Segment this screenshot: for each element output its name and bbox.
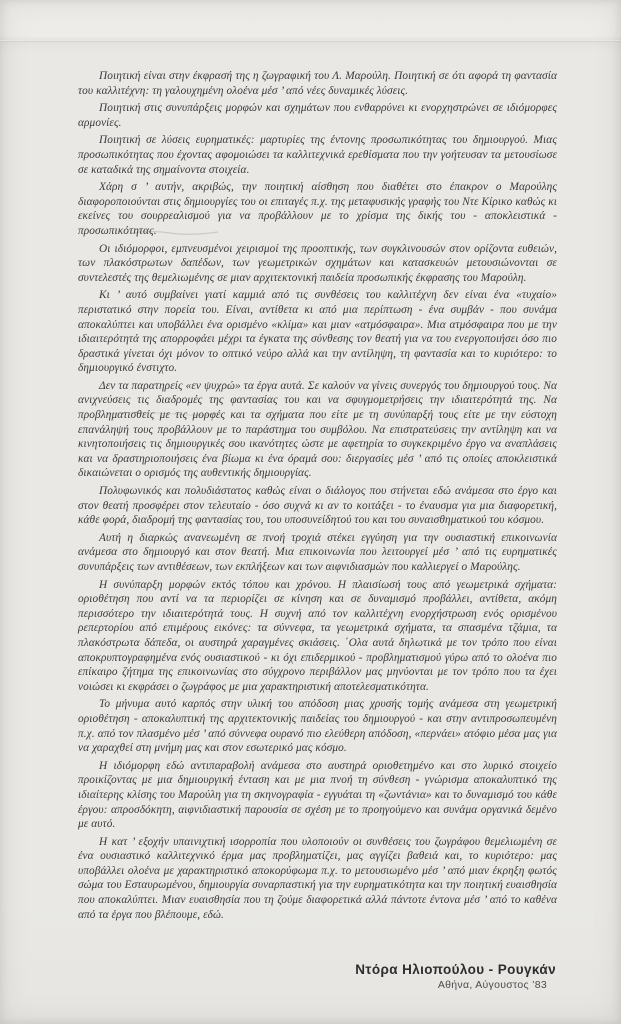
paragraph: Η συνύπαρξη μορφών εκτός τόπου και χρόνο… [78,578,557,695]
author-name: Ντόρα Ηλιοπούλου - Ρουγκάν [355,962,556,977]
paragraph: Αυτή η διαρκώς ανανεωμένη σε πνοή τροχιά… [78,531,557,575]
place-and-date: Αθήνα, Αύγουστος ’83 [355,979,547,991]
paragraph: Δεν τα παρατηρείς «εν ψυχρώ» τα έργα αυτ… [78,379,557,481]
scanned-page: Ποιητική είναι στην έκφρασή της η ζωγραφ… [0,0,621,1024]
signature-block: Ντόρα Ηλιοπούλου - Ρουγκάν Αθήνα, Αύγουσ… [355,962,556,991]
paragraph: Κι ’ αυτό συμβαίνει γιατί καμμιά από τις… [78,288,557,376]
paragraph: Η κατ ’ εξοχήν υπαινιχτική ισορροπία που… [78,835,557,923]
paragraph: Οι ιδιόμορφοι, εμπνευσμένοι χειρισμοί τη… [78,242,557,286]
paragraph: Η ιδιόμορφη εδώ αντιπαραβολή ανάμεσα στο… [78,759,557,832]
paragraph: Ποιητική είναι στην έκφρασή της η ζωγραφ… [78,69,557,98]
paragraph: Χάρη σ ’ αυτήν, ακριβώς, την ποιητική αί… [78,180,557,238]
paragraph: Ποιητική σε λύσεις ευρηματικές: μαρτυρίε… [78,133,557,177]
paragraph: Πολυφωνικός και πολυδιάστατος καθώς είνα… [78,484,557,528]
document-body: Ποιητική είναι στην έκφρασή της η ζωγραφ… [78,69,557,925]
paragraph: Ποιητική στις συνυπάρξεις μορφών και σχη… [78,101,557,130]
paper-fold-crease [0,40,621,42]
paragraph: Το μήνυμα αυτό καρπός στην υλική του από… [78,697,557,755]
